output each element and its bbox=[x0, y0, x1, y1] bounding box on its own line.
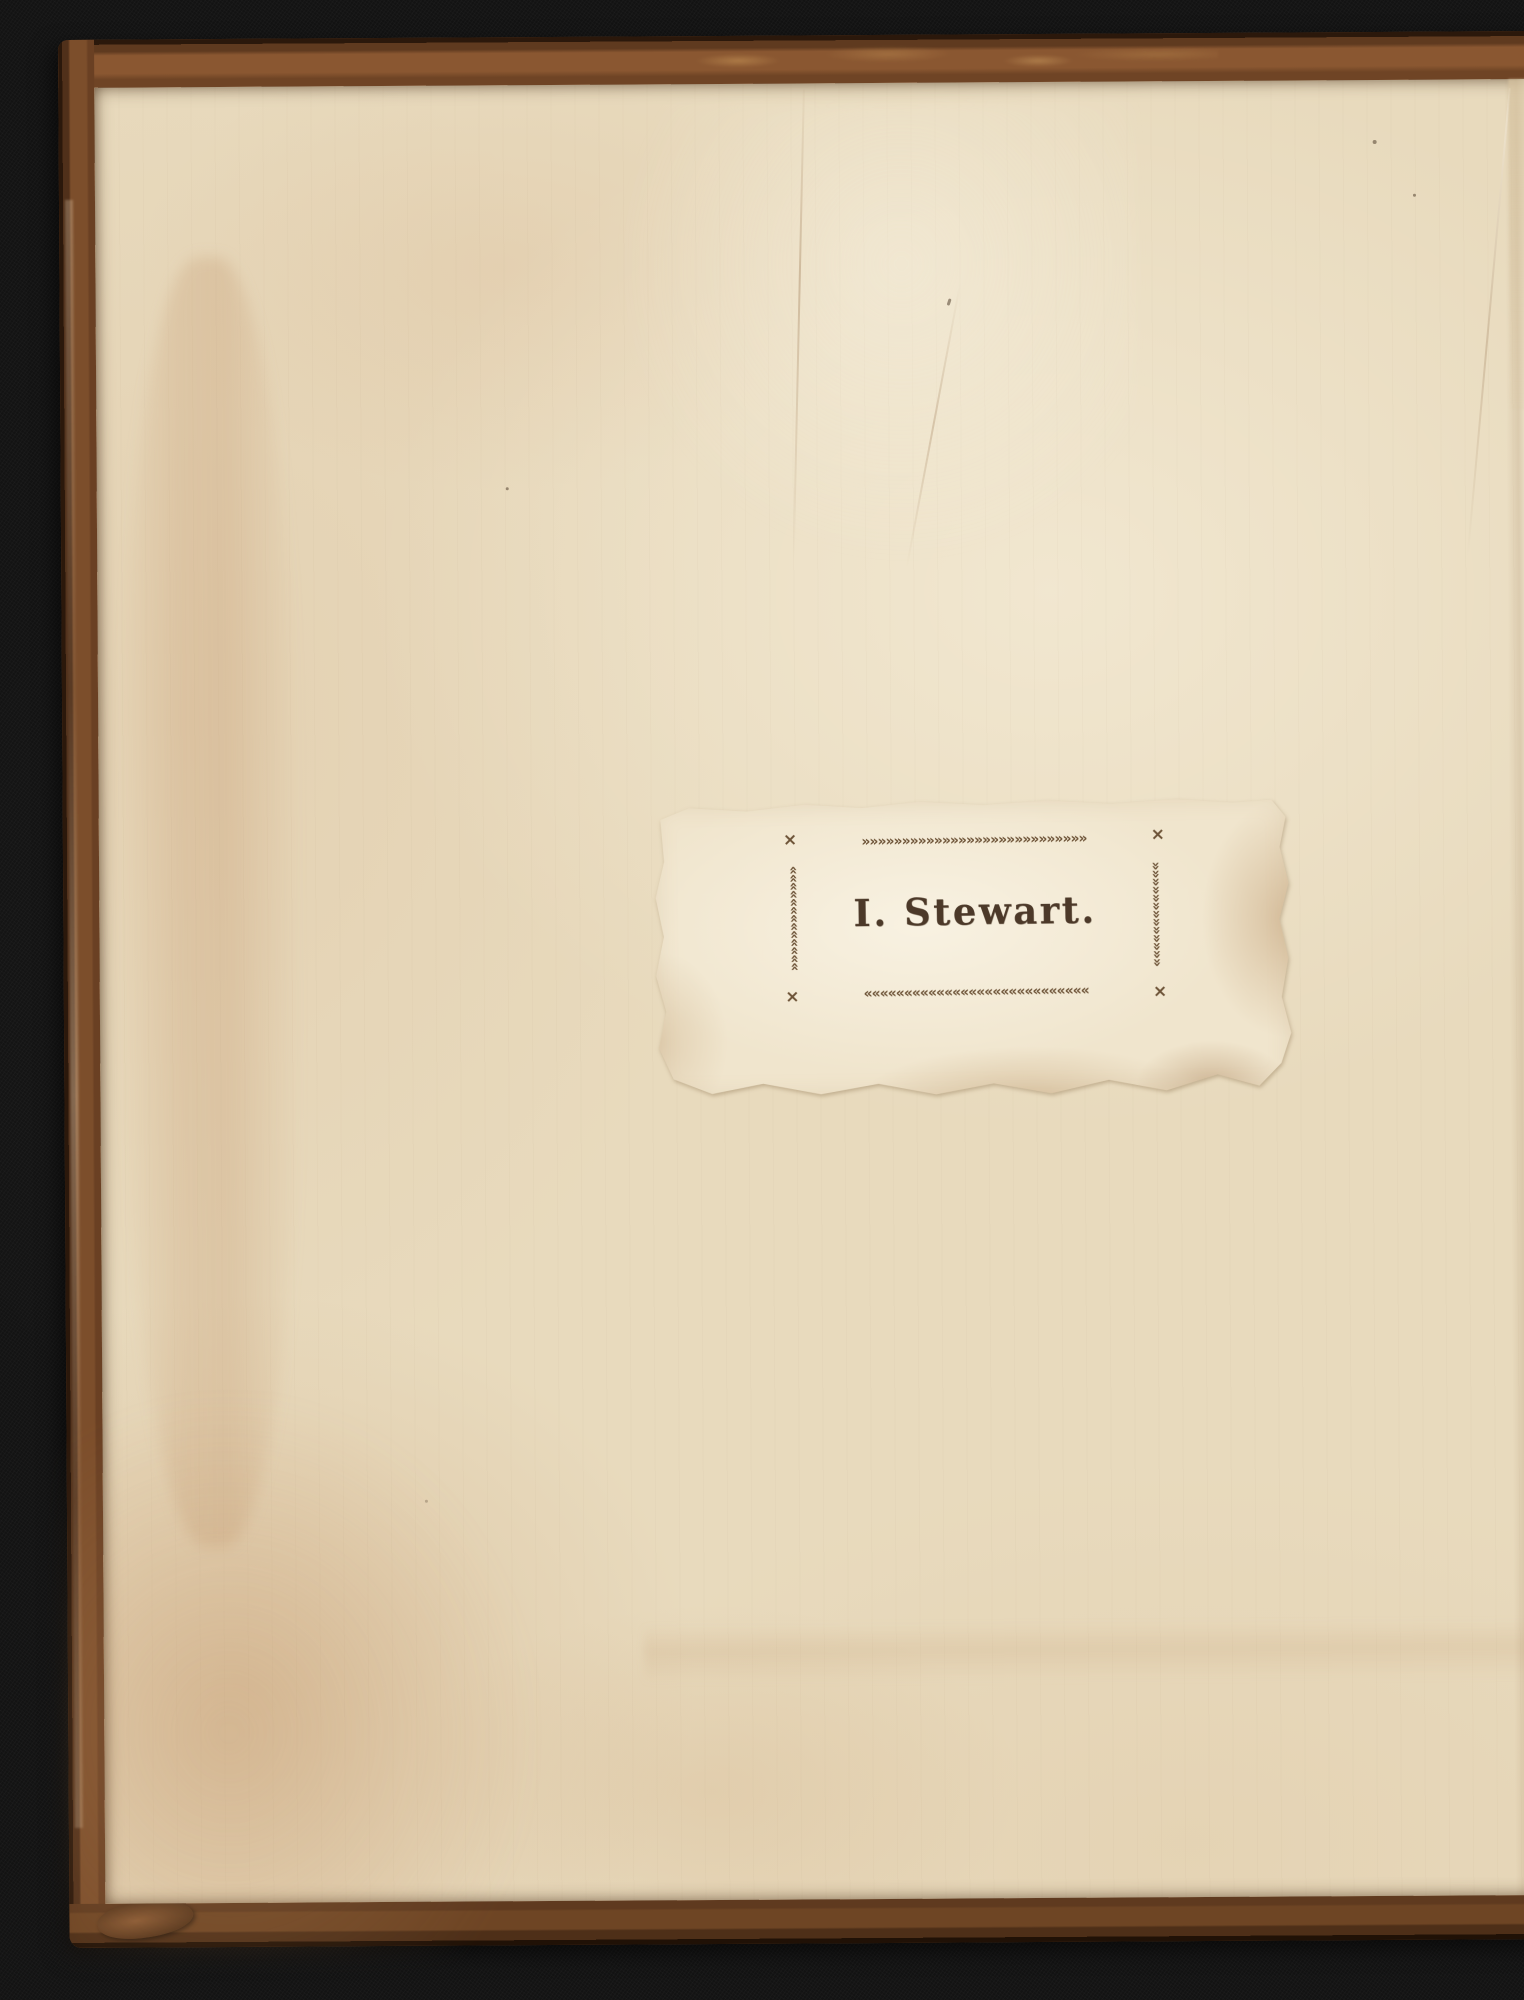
paper-speck bbox=[1373, 140, 1377, 144]
water-stain-band bbox=[117, 257, 305, 1548]
leather-edge-bottom bbox=[69, 1895, 1524, 1948]
paper-highlight-patch bbox=[614, 101, 1137, 564]
paper-speck bbox=[1413, 194, 1416, 197]
bookplate-paper: »»»»»»»»»»»»»»»»»»»»»»»»»»»» «««««««««««… bbox=[650, 793, 1294, 1102]
page-crinkle-top-right bbox=[1508, 79, 1524, 409]
photo-backdrop-cloth: »»»»»»»»»»»»»»»»»»»»»»»»»»»» «««««««««««… bbox=[0, 0, 1524, 2000]
water-stain-bottom-left bbox=[62, 1395, 535, 1958]
stain-horizontal-band bbox=[644, 1619, 1524, 1684]
book-cover: »»»»»»»»»»»»»»»»»»»»»»»»»»»» «««««««««««… bbox=[58, 31, 1524, 1948]
paper-crease bbox=[906, 283, 962, 568]
leather-scuff-marks bbox=[618, 37, 1218, 79]
bookplate-label: »»»»»»»»»»»»»»»»»»»»»»»»»»»» «««««««««««… bbox=[650, 793, 1294, 1102]
paper-speck bbox=[506, 487, 509, 490]
bookplate-ornament-border: »»»»»»»»»»»»»»»»»»»»»»»»»»»» «««««««««««… bbox=[794, 838, 1156, 995]
paper-speck bbox=[947, 298, 952, 306]
owner-name-text: I. Stewart. bbox=[794, 838, 1156, 995]
inside-cover-page: »»»»»»»»»»»»»»»»»»»»»»»»»»»» «««««««««««… bbox=[94, 79, 1524, 1904]
paper-speck bbox=[425, 1500, 428, 1503]
paper-crease bbox=[793, 90, 805, 560]
